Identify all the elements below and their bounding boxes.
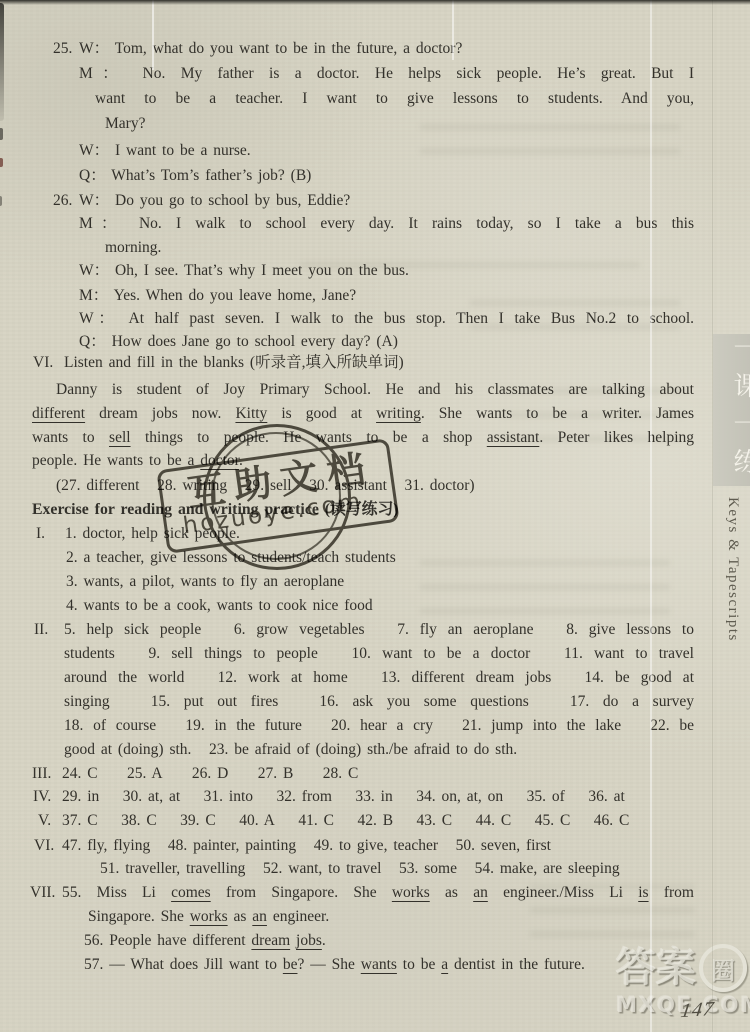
text-segment: W： Oh, I see. That’s why I meet you on t… [79, 262, 409, 279]
underlined-answer: writing [376, 405, 421, 422]
page-number: 147 [679, 998, 716, 1023]
text-line: W： At half past seven. I walk to the bus… [0, 308, 750, 330]
text-line: (27. different 28. writing 29. sell 30. … [0, 475, 750, 497]
text-line: Exercise for reading and writing practic… [0, 499, 750, 521]
underlined-answer: an [252, 908, 267, 925]
text-segment: engineer./Miss Li [488, 884, 638, 901]
text-segment: from [649, 884, 694, 901]
text-segment: 2. a teacher, give lessons to students/t… [66, 549, 396, 566]
scan-top-edge [0, 0, 750, 5]
text-segment: 18. of course 19. in the future 20. hear… [64, 717, 694, 734]
text-line: M： No. I walk to school every day. It ra… [0, 213, 750, 235]
line-label: VI. [33, 352, 53, 374]
text-segment: 56. People have different [84, 932, 251, 949]
text-line: good at (doing) sth. 23. be afraid of (d… [0, 739, 750, 761]
text-segment: . [322, 932, 326, 949]
text-segment: 5. help sick people 6. grow vegetables 7… [64, 621, 694, 638]
text-line: people. He wants to be a doctor. [0, 450, 750, 472]
text-segment: W： Do you go to school by bus, Eddie? [79, 192, 350, 209]
text-line: students 9. sell things to people 10. wa… [0, 643, 750, 665]
text-segment: dentist in the future. [448, 956, 585, 973]
scanned-book-page: { "page": { "page_number": "147", "tab":… [0, 0, 750, 1032]
text-segment: M： No. I walk to school every day. It ra… [79, 215, 694, 232]
text-segment: W： Tom, what do you want to be in the fu… [79, 40, 462, 57]
text-segment: Q： How does Jane go to school every day?… [79, 333, 398, 350]
text-segment: good at (doing) sth. 23. be afraid of (d… [64, 741, 517, 758]
text-segment: 24. C 25. A 26. D 27. B 28. C [62, 765, 358, 782]
line-label: V. [38, 810, 51, 832]
text-segment: is good at [267, 405, 376, 422]
text-segment: engineer. [267, 908, 329, 925]
text-line: W： Oh, I see. That’s why I meet you on t… [0, 260, 750, 282]
underlined-answer: Kitty [235, 405, 267, 422]
text-segment: as [228, 908, 253, 925]
underlined-answer: assistant [487, 429, 540, 446]
text-segment: (27. different 28. writing 29. sell 30. … [56, 477, 475, 494]
text-segment: ? — She [297, 956, 360, 973]
text-segment: from Singapore. She [211, 884, 392, 901]
text-line: IV.29. in 30. at, at 31. into 32. from 3… [0, 786, 750, 808]
text-segment: people. He wants to be a [32, 452, 200, 469]
text-segment: students 9. sell things to people 10. wa… [64, 645, 694, 662]
line-label: IV. [33, 786, 51, 808]
text-line: V.37. C 38. C 39. C 40. A 41. C 42. B 43… [0, 810, 750, 832]
text-segment: 51. traveller, travelling 52. want, to t… [100, 860, 620, 877]
line-label: VI. [34, 835, 54, 857]
text-segment: 47. fly, flying 48. painter, painting 49… [62, 837, 551, 854]
underlined-answer: sell [109, 429, 131, 446]
underlined-answer: comes [171, 884, 211, 901]
text-line: around the world 12. work at home 13. di… [0, 667, 750, 689]
underlined-answer: works [190, 908, 228, 925]
line-label: I. [36, 523, 45, 545]
text-line: VI.Listen and fill in the blanks (听录音,填入… [0, 352, 750, 374]
text-segment: . Peter likes helping [539, 429, 694, 446]
text-segment: things to people. He wants to be a shop [131, 429, 487, 446]
scan-left-edge [0, 3, 4, 121]
text-line: I.1. doctor, help sick people. [0, 523, 750, 545]
text-line: 3. wants, a pilot, wants to fly an aerop… [0, 571, 750, 593]
text-segment: 3. wants, a pilot, wants to fly an aerop… [66, 573, 344, 590]
text-line: 56. People have different dream jobs. [0, 930, 750, 952]
underlined-answer: wants [361, 956, 397, 973]
text-line: singing 15. put out fires 16. ask you so… [0, 691, 750, 713]
text-line: morning. [0, 237, 750, 259]
text-line: 2. a teacher, give lessons to students/t… [0, 547, 750, 569]
underlined-answer: an [473, 884, 488, 901]
underlined-answer: different [32, 405, 85, 422]
underlined-answer: is [638, 884, 648, 901]
text-line: III.24. C 25. A 26. D 27. B 28. C [0, 763, 750, 785]
text-line: VI.47. fly, flying 48. painter, painting… [0, 835, 750, 857]
scan-edge-mark [0, 128, 3, 140]
line-label: II. [34, 619, 48, 641]
line-label: VII. [30, 882, 55, 904]
text-segment: W： I want to be a nurse. [79, 142, 251, 159]
text-line: W： I want to be a nurse. [0, 140, 750, 162]
text-line: Singapore. She works as an engineer. [0, 906, 750, 928]
text-segment: 55. Miss Li [62, 884, 171, 901]
text-line: 26.W： Do you go to school by bus, Eddie? [0, 190, 750, 212]
text-line: 4. wants to be a cook, wants to cook nic… [0, 595, 750, 617]
text-segment: Q： What’s Tom’s father’s job? (B) [79, 167, 311, 184]
text-segment: wants to [32, 429, 109, 446]
scan-edge-mark [0, 158, 3, 167]
text-line: 18. of course 19. in the future 20. hear… [0, 715, 750, 737]
text-segment: 37. C 38. C 39. C 40. A 41. C 42. B 43. … [62, 812, 629, 829]
text-segment: Danny is student of Joy Primary School. … [56, 381, 694, 398]
text-segment: 29. in 30. at, at 31. into 32. from 33. … [62, 788, 625, 805]
text-segment: . [239, 452, 243, 469]
text-line: wants to sell things to people. He wants… [0, 427, 750, 449]
text-segment: M： Yes. When do you leave home, Jane? [79, 287, 356, 304]
text-segment: as [430, 884, 473, 901]
text-line: M： No. My father is a doctor. He helps s… [0, 63, 750, 85]
line-label: 26. [53, 190, 72, 212]
scan-edge-mark [0, 196, 2, 206]
underlined-answer: be [283, 956, 298, 973]
underlined-answer: works [392, 884, 430, 901]
text-line: II.5. help sick people 6. grow vegetable… [0, 619, 750, 641]
text-segment: singing 15. put out fires 16. ask you so… [64, 693, 694, 710]
underlined-answer: dream [251, 932, 290, 949]
text-line: 57. — What does Jill want to be? — She w… [0, 954, 750, 976]
text-segment: to be [397, 956, 441, 973]
text-line: 25.W： Tom, what do you want to be in the… [0, 38, 750, 60]
text-segment: morning. [105, 239, 161, 256]
text-line: different dream jobs now. Kitty is good … [0, 403, 750, 425]
underlined-answer: doctor [200, 452, 239, 469]
text-line: M： Yes. When do you leave home, Jane? [0, 285, 750, 307]
line-label: III. [32, 763, 51, 785]
page-text: 25.W： Tom, what do you want to be in the… [0, 0, 750, 1032]
text-line: Danny is student of Joy Primary School. … [0, 379, 750, 401]
text-segment: M： No. My father is a doctor. He helps s… [79, 65, 694, 82]
text-line: want to be a teacher. I want to give les… [0, 88, 750, 110]
text-segment: Mary? [105, 115, 145, 132]
text-line: Q： How does Jane go to school every day?… [0, 331, 750, 353]
text-segment: around the world 12. work at home 13. di… [64, 669, 694, 686]
text-segment: W： At half past seven. I walk to the bus… [79, 310, 694, 327]
text-segment: Singapore. She [88, 908, 190, 925]
text-segment: 1. doctor, help sick people. [65, 525, 240, 542]
text-line: Q： What’s Tom’s father’s job? (B) [0, 165, 750, 187]
line-label: 25. [53, 38, 72, 60]
text-segment: Exercise for reading and writing practic… [32, 501, 399, 518]
text-segment: dream jobs now. [85, 405, 235, 422]
text-segment: 57. — What does Jill want to [84, 956, 283, 973]
text-segment: Listen and fill in the blanks (听录音,填入所缺单… [64, 354, 404, 371]
text-line: 51. traveller, travelling 52. want, to t… [0, 858, 750, 880]
underlined-answer: jobs [296, 932, 322, 949]
text-segment: . She wants to be a writer. James [421, 405, 694, 422]
text-line: VII.55. Miss Li comes from Singapore. Sh… [0, 882, 750, 904]
text-line: Mary? [0, 113, 750, 135]
text-segment: 4. wants to be a cook, wants to cook nic… [66, 597, 373, 614]
text-segment: want to be a teacher. I want to give les… [95, 90, 694, 107]
